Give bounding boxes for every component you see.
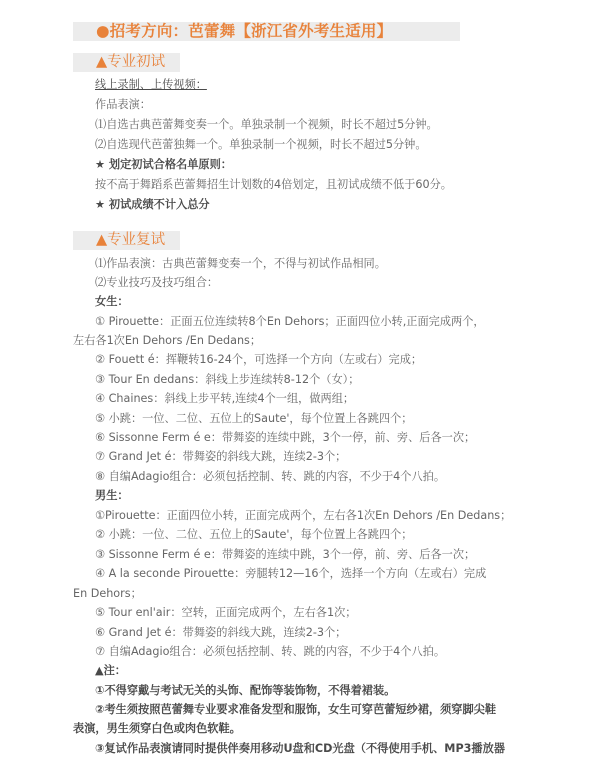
list-item: ⑴作品表演：古典芭蕾舞变奏一个，不得与初试作品相同。	[95, 256, 386, 271]
list-item-continuation: En Dehors；	[73, 586, 142, 601]
male-heading: 男生：	[95, 488, 129, 503]
list-item: ⑴自选古典芭蕾舞变奏一个。单独录制一个视频，时长不超过5分钟。	[95, 117, 438, 132]
list-item: ④ A la seconde Pirouette：旁腿转12—16个，选择一个方…	[95, 566, 486, 581]
list-item: ② 小跳：一位、二位、五位上的Saute'，每个位置上各跳四个；	[95, 527, 412, 542]
list-item: ⑤ 小跳：一位、二位、五位上的Saute'，每个位置上各跳四个；	[95, 411, 412, 426]
note-item: ②考生须按照芭蕾舞专业要求准备发型和服饰，女生可穿芭蕾短纱裙，须穿脚尖鞋	[95, 702, 496, 717]
list-item: ⑦ 自编Adagio组合：必须包括控制、转、跳的内容，不少于4个八拍。	[95, 644, 445, 659]
note-item-continuation: 表演，男生须穿白色或肉色软鞋。	[73, 721, 241, 736]
online-video-label: 线上录制、上传视频：	[95, 77, 207, 92]
list-item: ④ Chaines：斜线上步平转,连续4个一组，做两组；	[95, 391, 354, 406]
list-item: ⑥ Sissonne Ferm é e：带舞姿的连续中跳，3个一停，前、旁、后各…	[95, 430, 475, 445]
section-heading-preliminary: ▲专业初试	[96, 52, 165, 72]
document-page: ●招考方向：芭蕾舞【浙江省外考生适用】 ▲专业初试 线上录制、上传视频： 作品表…	[0, 0, 600, 761]
section-heading-retest: ▲专业复试	[96, 230, 165, 250]
list-item: ② Fouett é：挥鞭转16-24个，可选择一个方向（左或右）完成；	[95, 352, 422, 367]
page-title: ●招考方向：芭蕾舞【浙江省外考生适用】	[96, 21, 392, 42]
list-item: ③ Sissonne Ferm é e：带舞姿的连续中跳，3个一停，前、旁、后各…	[95, 547, 475, 562]
list-item: ⑵专业技巧及技巧组合：	[95, 275, 218, 290]
list-item: ⑧ 自编Adagio组合：必须包括控制、转、跳的内容，不少于4个八拍。	[95, 469, 445, 484]
list-item: ⑵自选现代芭蕾独舞一个。单独录制一个视频，时长不超过5分钟。	[95, 137, 427, 152]
note-item: ③复试作品表演请同时提供伴奏用移动U盘和CD光盘（不得使用手机、MP3播放器	[95, 741, 505, 756]
qualification-principle-text: 按不高于舞蹈系芭蕾舞招生计划数的4倍划定，且初试成绩不低于60分。	[95, 177, 452, 192]
note-heading: ▲注：	[95, 663, 126, 678]
note-item: ①不得穿戴与考试无关的头饰、配饰等装饰物，不得着裙装。	[95, 683, 395, 698]
qualification-principle-heading: ★ 划定初试合格名单原则：	[95, 157, 232, 172]
list-item: ①Pirouette：正面四位小转，正面完成两个，左右各1次En Dehors …	[95, 508, 511, 523]
performance-label: 作品表演：	[95, 97, 151, 112]
list-item: ① Pirouette：正面五位连续转8个En Dehors；正面四位小转,正面…	[95, 314, 485, 329]
list-item-continuation: 左右各1次En Dehors /En Dedans；	[73, 333, 261, 348]
score-note: ★ 初试成绩不计入总分	[95, 197, 210, 212]
list-item: ③ Tour En dedans：斜线上步连续转8-12个（女）；	[95, 372, 359, 387]
female-heading: 女生：	[95, 294, 129, 309]
list-item: ⑦ Grand Jet é：带舞姿的斜线大跳，连续2-3个；	[95, 449, 346, 464]
list-item: ⑤ Tour enl'air：空转，正面完成两个，左右各1次；	[95, 605, 356, 620]
list-item: ⑥ Grand Jet é：带舞姿的斜线大跳，连续2-3个；	[95, 625, 346, 640]
